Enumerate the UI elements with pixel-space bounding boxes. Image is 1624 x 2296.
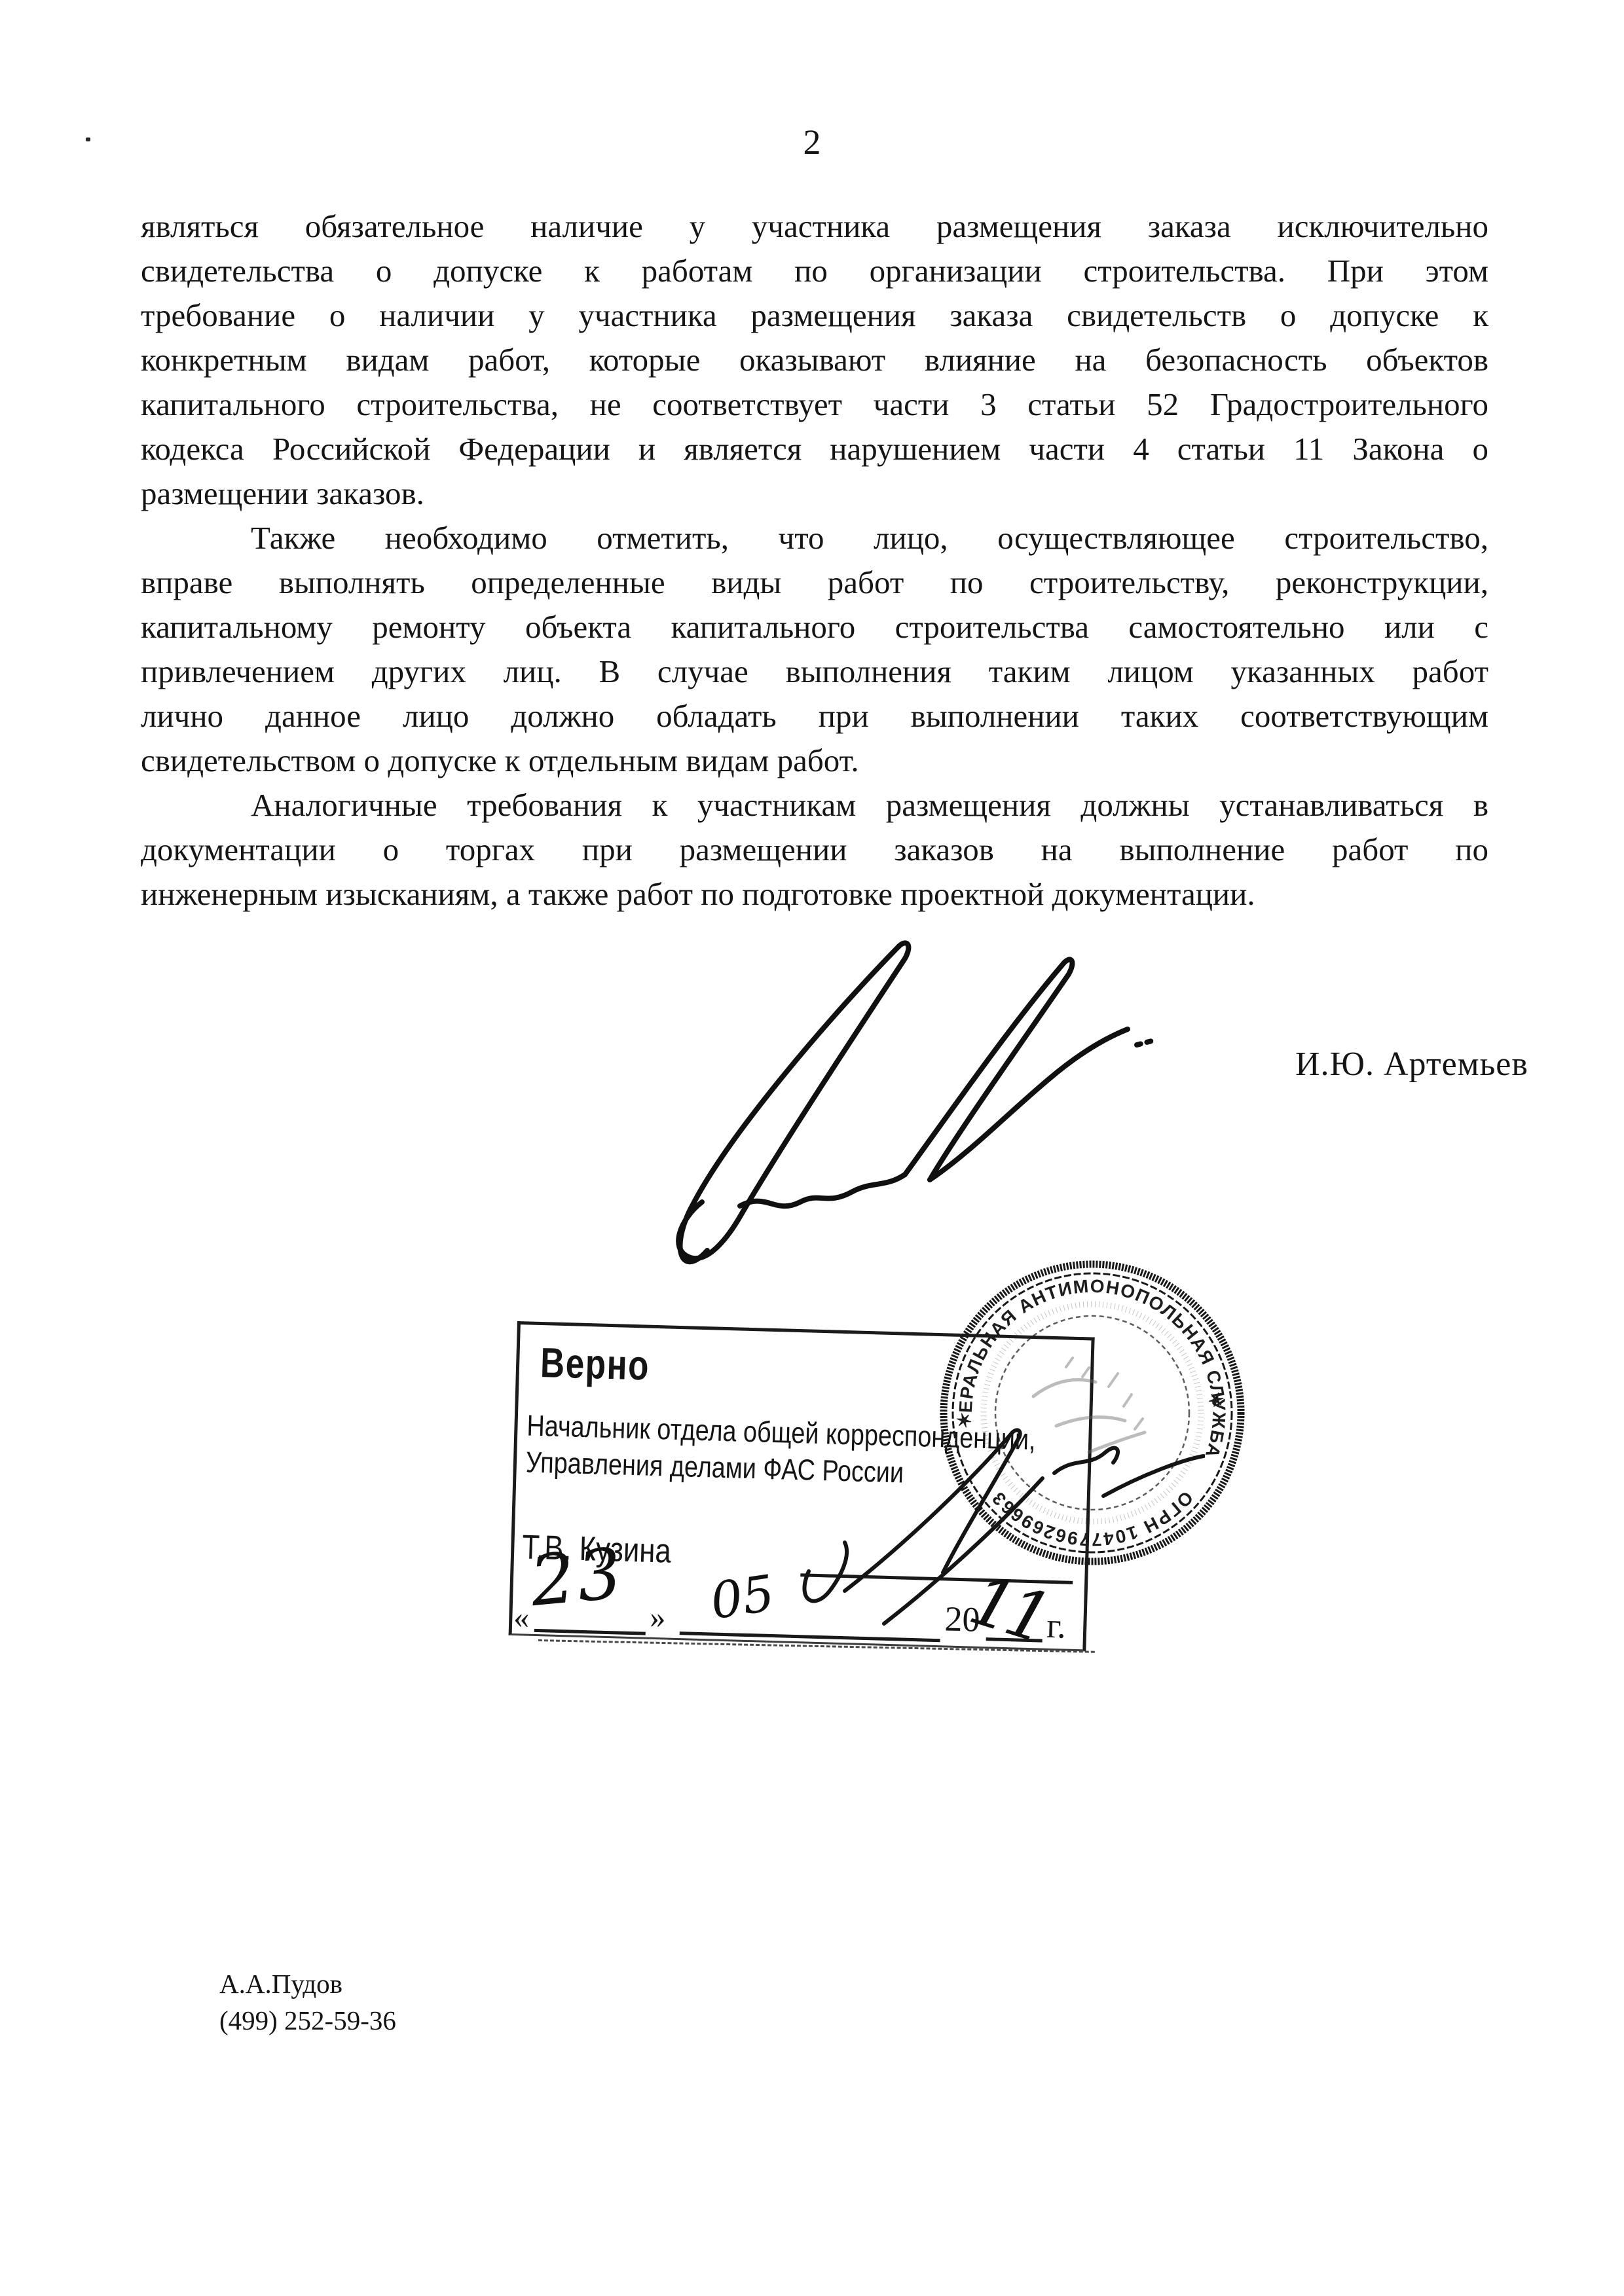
text-line: свидетельства о допуске к работам по орг… bbox=[141, 249, 1488, 293]
executor-phone: (499) 252-59-36 bbox=[219, 2002, 396, 2039]
stamp-inner-faint-marks bbox=[1033, 1358, 1145, 1452]
artemyev-signature-stroke bbox=[930, 1029, 1128, 1180]
text-line: лично данное лицо должно обладать при вы… bbox=[141, 694, 1488, 738]
artemyev-signature-stroke bbox=[680, 947, 898, 1262]
executor-name: А.А.Пудов bbox=[219, 1965, 396, 2002]
text-line: капитальному ремонту объекта капитальног… bbox=[141, 605, 1488, 649]
kuzina-signature-stroke bbox=[804, 1542, 847, 1601]
stamp-outer-ring bbox=[944, 1264, 1241, 1561]
stamp-star-left: ✶ bbox=[953, 1410, 978, 1430]
scanned-letter-page: 2 являться обязательное наличие у участн… bbox=[0, 0, 1624, 2296]
handwritten-day: 23 bbox=[527, 1533, 628, 1622]
text-line: документации о торгах при размещении зак… bbox=[141, 828, 1488, 872]
verified-label: Верно bbox=[540, 1338, 650, 1390]
text-line: капитального строительства, не соответст… bbox=[141, 382, 1488, 427]
text-line: требование о наличии у участника размеще… bbox=[141, 293, 1488, 338]
date-day-line bbox=[534, 1629, 646, 1635]
stamp-ring-text-bottom: ОГРН 1047796269663 bbox=[987, 1487, 1197, 1550]
artemyev-signature-stroke bbox=[1137, 1040, 1156, 1045]
stamp-inner-ring bbox=[995, 1316, 1189, 1510]
text-line: кодекса Российской Федерации и является … bbox=[141, 427, 1488, 471]
stamp-microtext-ring bbox=[984, 1304, 1201, 1522]
text-line: конкретным видам работ, которые оказываю… bbox=[141, 338, 1488, 382]
date-quote-open: « bbox=[513, 1599, 530, 1636]
executor-contact: А.А.Пудов (499) 252-59-36 bbox=[219, 1965, 396, 2039]
date-quote-close: » bbox=[650, 1599, 667, 1636]
text-line: свидетельством о допуске к отдельным вид… bbox=[141, 738, 1488, 783]
signer-name-artemyev: И.Ю. Артемьев bbox=[1295, 1045, 1528, 1084]
page-number: 2 bbox=[0, 122, 1624, 162]
text-line: привлечением других лиц. В случае выполн… bbox=[141, 649, 1488, 694]
text-line: инженерным изысканиям, а также работ по … bbox=[141, 872, 1488, 917]
artemyev-signature-stroke bbox=[678, 943, 908, 1258]
text-line: Аналогичные требования к участникам разм… bbox=[141, 783, 1488, 828]
letter-body: являться обязательное наличие у участник… bbox=[141, 204, 1488, 917]
artemyev-signature bbox=[642, 917, 1185, 1283]
text-line: являться обязательное наличие у участник… bbox=[141, 204, 1488, 249]
text-line: размещении заказов. bbox=[141, 471, 1488, 516]
text-line: Также необходимо отметить, что лицо, осу… bbox=[141, 516, 1488, 560]
text-line: вправе выполнять определенные виды работ… bbox=[141, 560, 1488, 605]
fas-round-stamp: ФЕДЕРАЛЬНАЯ АНТИМОНОПОЛЬНАЯ СЛУЖБА ОГРН … bbox=[935, 1256, 1249, 1570]
artemyev-signature-stroke bbox=[905, 960, 1072, 1180]
